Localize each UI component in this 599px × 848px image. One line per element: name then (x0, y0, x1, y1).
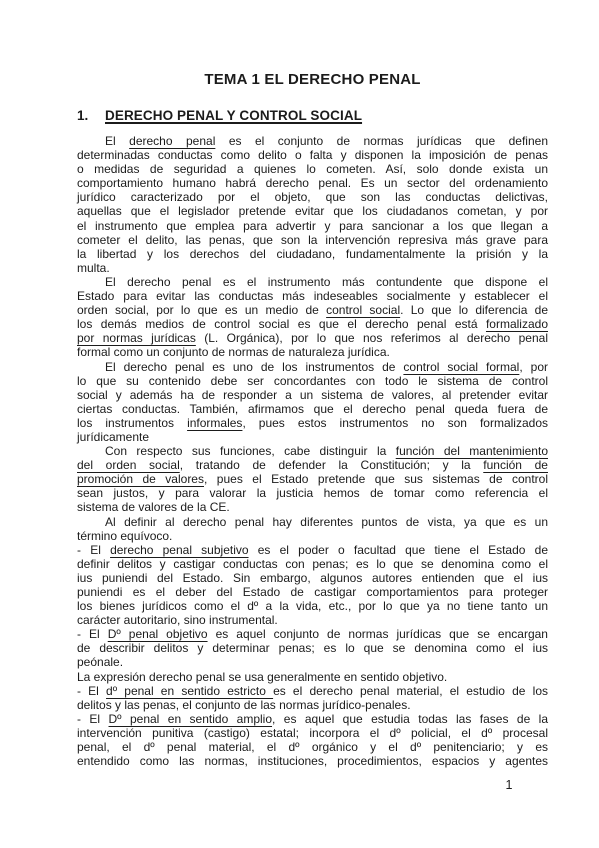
text-segment: Estado para evitar las conductas más ind… (77, 289, 548, 303)
underlined-text: por normas jurídicas (77, 331, 196, 345)
section-number: 1. (77, 108, 105, 123)
text-line: los bienes jurídicos como el dº a la vid… (77, 599, 548, 613)
text-segment: El derecho penal es el instrumento más c… (105, 275, 548, 289)
text-segment: , tratando de defender la Constitución; … (180, 458, 484, 472)
text-segment: es el conjunto de normas jurídicas que d… (215, 134, 548, 148)
text-segment: orden social, por lo que es un medio de (77, 303, 326, 317)
text-segment: aquellas que el legislador pretende evit… (77, 204, 548, 218)
text-line: por normas jurídicas (L. Orgánica), por … (77, 331, 548, 345)
text-line: penal, el dº penal material, el dº orgán… (77, 740, 548, 754)
text-line: sistema de valores de la CE. (77, 500, 548, 514)
text-line: intervención punitiva (castigo) estatal;… (77, 726, 548, 740)
document-title: TEMA 1 EL DERECHO PENAL (77, 71, 548, 88)
text-segment: - El (77, 627, 108, 641)
text-segment: sean justos, y para valorar la justicia … (77, 486, 548, 500)
text-segment: los instrumentos (77, 416, 187, 430)
text-line: los instrumentos informales, pues estos … (77, 416, 548, 430)
text-segment: o medidas de seguridad a quienes lo come… (77, 162, 548, 176)
text-segment: cometer el delito, las penas, que son la… (77, 233, 548, 247)
underlined-text: derecho penal subjetivo (110, 543, 248, 557)
text-segment: los demás medios de control social es qu… (77, 317, 486, 331)
underlined-text: promoción de valores (77, 472, 204, 486)
text-segment: es el poder o facultad que tiene el Esta… (249, 543, 548, 557)
underlined-text: control social (326, 303, 400, 317)
text-segment: , es aquel que estudia todas las fases d… (272, 712, 548, 726)
text-line: entendido como las normas, instituciones… (77, 754, 548, 768)
text-line: multa. (77, 261, 548, 275)
text-line: del orden social, tratando de defender l… (77, 458, 548, 472)
text-segment: sistema de valores de la CE. (77, 500, 230, 514)
underlined-text: Dº penal en sentido amplio (109, 712, 273, 726)
text-segment: social y además ha de responder a un sis… (77, 388, 548, 402)
text-segment: la libertad y los derechos del ciudadano… (77, 247, 548, 261)
text-line: Estado para evitar las conductas más ind… (77, 289, 548, 303)
text-segment: término equívoco. (77, 529, 172, 543)
text-line: los demás medios de control social es qu… (77, 317, 548, 331)
text-line: jurídico caracterizado por el objeto, qu… (77, 190, 548, 204)
text-line: - El dº penal en sentido estricto es el … (77, 684, 548, 698)
underlined-text: control social formal (403, 360, 519, 374)
text-segment: , por (519, 360, 548, 374)
text-segment: determinadas conductas como delito o fal… (77, 148, 548, 162)
text-segment: de describir delitos y determinar penas;… (77, 641, 548, 655)
underlined-text: dº penal en sentido estricto (106, 684, 273, 698)
text-line: - El derecho penal subjetivo es el poder… (77, 543, 548, 557)
text-line: lo que su contenido debe ser concordante… (77, 374, 548, 388)
text-line: cometer el delito, las penas, que son la… (77, 233, 548, 247)
underlined-text: función del mantenimiento (396, 444, 548, 458)
text-line: delitos y las penas, el conjunto de las … (77, 698, 548, 712)
text-line: definir delitos y castigar conductas con… (77, 557, 548, 571)
text-segment: peónale. (77, 655, 123, 669)
text-line: sean justos, y para valorar la justicia … (77, 486, 548, 500)
text-line: social y además ha de responder a un sis… (77, 388, 548, 402)
page-number: 1 (498, 778, 520, 792)
text-segment: el instrumento que emplea para advertir … (77, 219, 548, 233)
text-line: la libertad y los derechos del ciudadano… (77, 247, 548, 261)
text-line: - El Dº penal en sentido amplio, es aque… (77, 712, 548, 726)
text-line: término equívoco. (77, 529, 548, 543)
text-segment: Al definir al derecho penal hay diferent… (105, 515, 548, 529)
text-line: el instrumento que emplea para advertir … (77, 219, 548, 233)
text-line: carácter autoritario, sino instrumental. (77, 613, 548, 627)
document-body: El derecho penal es el conjunto de norma… (77, 134, 548, 768)
text-segment: La expresión derecho penal se usa genera… (77, 670, 447, 684)
text-segment: es el derecho penal material, el estudio… (273, 684, 548, 698)
text-segment: carácter autoritario, sino instrumental. (77, 613, 278, 627)
text-line: ius puniendi del Estado. Sin embargo, al… (77, 571, 548, 585)
text-segment: - El (77, 712, 109, 726)
text-line: orden social, por lo que es un medio de … (77, 303, 548, 317)
text-segment: El derecho penal es uno de los instrumen… (105, 360, 403, 374)
text-segment: formal como un conjunto de normas de nat… (77, 345, 390, 359)
text-segment: delitos y las penas, el conjunto de las … (77, 698, 411, 712)
text-line: ciertas conductas. También, afirmamos qu… (77, 402, 548, 416)
text-line: La expresión derecho penal se usa genera… (77, 670, 548, 684)
text-line: Con respecto sus funciones, cabe disting… (77, 444, 548, 458)
text-line: aquellas que el legislador pretende evit… (77, 204, 548, 218)
text-line: El derecho penal es el instrumento más c… (77, 275, 548, 289)
text-line: El derecho penal es el conjunto de norma… (77, 134, 548, 148)
text-line: de describir delitos y determinar penas;… (77, 641, 548, 655)
text-segment: penal, el dº penal material, el dº orgán… (77, 740, 548, 754)
text-line: comportamiento humano habrá derecho pena… (77, 176, 548, 190)
text-segment: Con respecto sus funciones, cabe disting… (105, 444, 396, 458)
text-segment: ciertas conductas. También, afirmamos qu… (77, 402, 548, 416)
text-segment: , pues estos instrumentos no son formali… (242, 416, 548, 430)
text-segment: ius puniendi del Estado. Sin embargo, al… (77, 571, 548, 585)
text-line: formal como un conjunto de normas de nat… (77, 345, 548, 359)
text-line: El derecho penal es uno de los instrumen… (77, 360, 548, 374)
text-line: peónale. (77, 655, 548, 669)
text-segment: El (105, 134, 129, 148)
text-segment: los bienes jurídicos como el dº a la vid… (77, 599, 548, 613)
document-page: TEMA 1 EL DERECHO PENAL 1.DERECHO PENAL … (0, 0, 599, 848)
text-segment: puniendi es el deber del Estado de casti… (77, 585, 548, 599)
text-segment: lo que su contenido debe ser concordante… (77, 374, 548, 388)
text-segment: jurídicamente (77, 430, 149, 444)
text-line: puniendi es el deber del Estado de casti… (77, 585, 548, 599)
text-segment: (L. Orgánica), por lo que nos referimos … (196, 331, 548, 345)
text-segment: , pues el Estado pretende que sus sistem… (204, 472, 548, 486)
text-segment: definir delitos y castigar conductas con… (77, 557, 548, 571)
underlined-text: informales (187, 416, 242, 430)
text-line: jurídicamente (77, 430, 548, 444)
text-segment: entendido como las normas, instituciones… (77, 754, 548, 768)
text-segment: es aquel conjunto de normas jurídicas qu… (208, 627, 548, 641)
text-line: promoción de valores, pues el Estado pre… (77, 472, 548, 486)
text-segment: - El (77, 684, 106, 698)
underlined-text: función de (483, 458, 548, 472)
underlined-text: Dº penal objetivo (108, 627, 208, 641)
underlined-text: derecho penal (129, 134, 215, 148)
text-segment: - El (77, 543, 110, 557)
text-segment: multa. (77, 261, 110, 275)
underlined-text: del orden social (77, 458, 180, 472)
text-segment: jurídico caracterizado por el objeto, qu… (77, 190, 548, 204)
section-heading-text: DERECHO PENAL Y CONTROL SOCIAL (105, 108, 362, 123)
text-segment: . Lo que lo diferencia de (400, 303, 548, 317)
text-line: Al definir al derecho penal hay diferent… (77, 515, 548, 529)
underlined-text: formalizado (486, 317, 548, 331)
text-line: determinadas conductas como delito o fal… (77, 148, 548, 162)
text-segment: comportamiento humano habrá derecho pena… (77, 176, 548, 190)
text-line: o medidas de seguridad a quienes lo come… (77, 162, 548, 176)
section-heading: 1.DERECHO PENAL Y CONTROL SOCIAL (77, 108, 548, 123)
text-line: - El Dº penal objetivo es aquel conjunto… (77, 627, 548, 641)
text-segment: intervención punitiva (castigo) estatal;… (77, 726, 548, 740)
